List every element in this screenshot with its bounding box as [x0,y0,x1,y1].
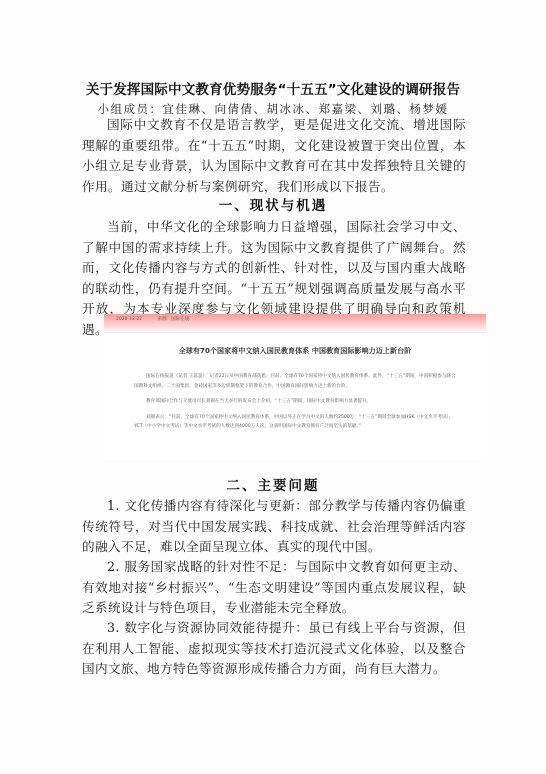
section-heading-status: 一、现状与机遇 [0,194,546,214]
news-headline: 全球有70个国家将中文纳入国民教育体系 中国教育国际影响力迈上新台阶 [104,346,486,356]
report-title: 关于发挥国际中文教育优势服务“十五五”文化建设的调研报告 [0,78,546,98]
embedded-news-screenshot: 2020-12-22 来源：国际在线 全球有70个国家将中文纳入国民教育体系 中… [104,314,486,460]
news-date: 2020-12-22 [116,317,142,322]
news-paragraph: 刘锦表示：“目前，全球有70个国家将中文纳入国民教育体系，中国以外正在学习中文的… [104,413,486,432]
problem-item: 2. 服务国家战略的针对性不足：与国际中文教育如何更主动、有效地对接“乡村振兴”… [82,557,466,619]
section-heading-problems: 二、主要问题 [0,474,546,494]
news-source: 来源：国际在线 [158,317,190,322]
intro-paragraph: 国际中文教育不仅是语言教学，更是促进文化交流、增进国际理解的重要纽带。在“十五五… [82,115,466,197]
news-paragraph: 教育部国际合作与交流司司长刘锦在当天举行的发布会上介绍，“十三五”期间，国际中文… [104,397,486,407]
problem-item: 1. 文化传播内容有待深化与更新：部分教学与传播内容仍偏重传统符号，对当代中国发… [82,496,466,558]
news-banner: 2020-12-22 来源：国际在线 [104,314,486,333]
document-page: 关于发挥国际中文教育优势服务“十五五”文化建设的调研报告 小组成员：宜佳琳、向倩… [0,0,546,774]
news-paragraph: 国际在线报道（记者 王蕊蕊）：记者22日从中国教育部获悉，目前，全球有70个国家… [104,372,486,391]
problem-item: 3. 数字化与资源协同效能待提升：虽已有线上平台与资源，但在利用人工智能、虚拟现… [82,618,466,680]
